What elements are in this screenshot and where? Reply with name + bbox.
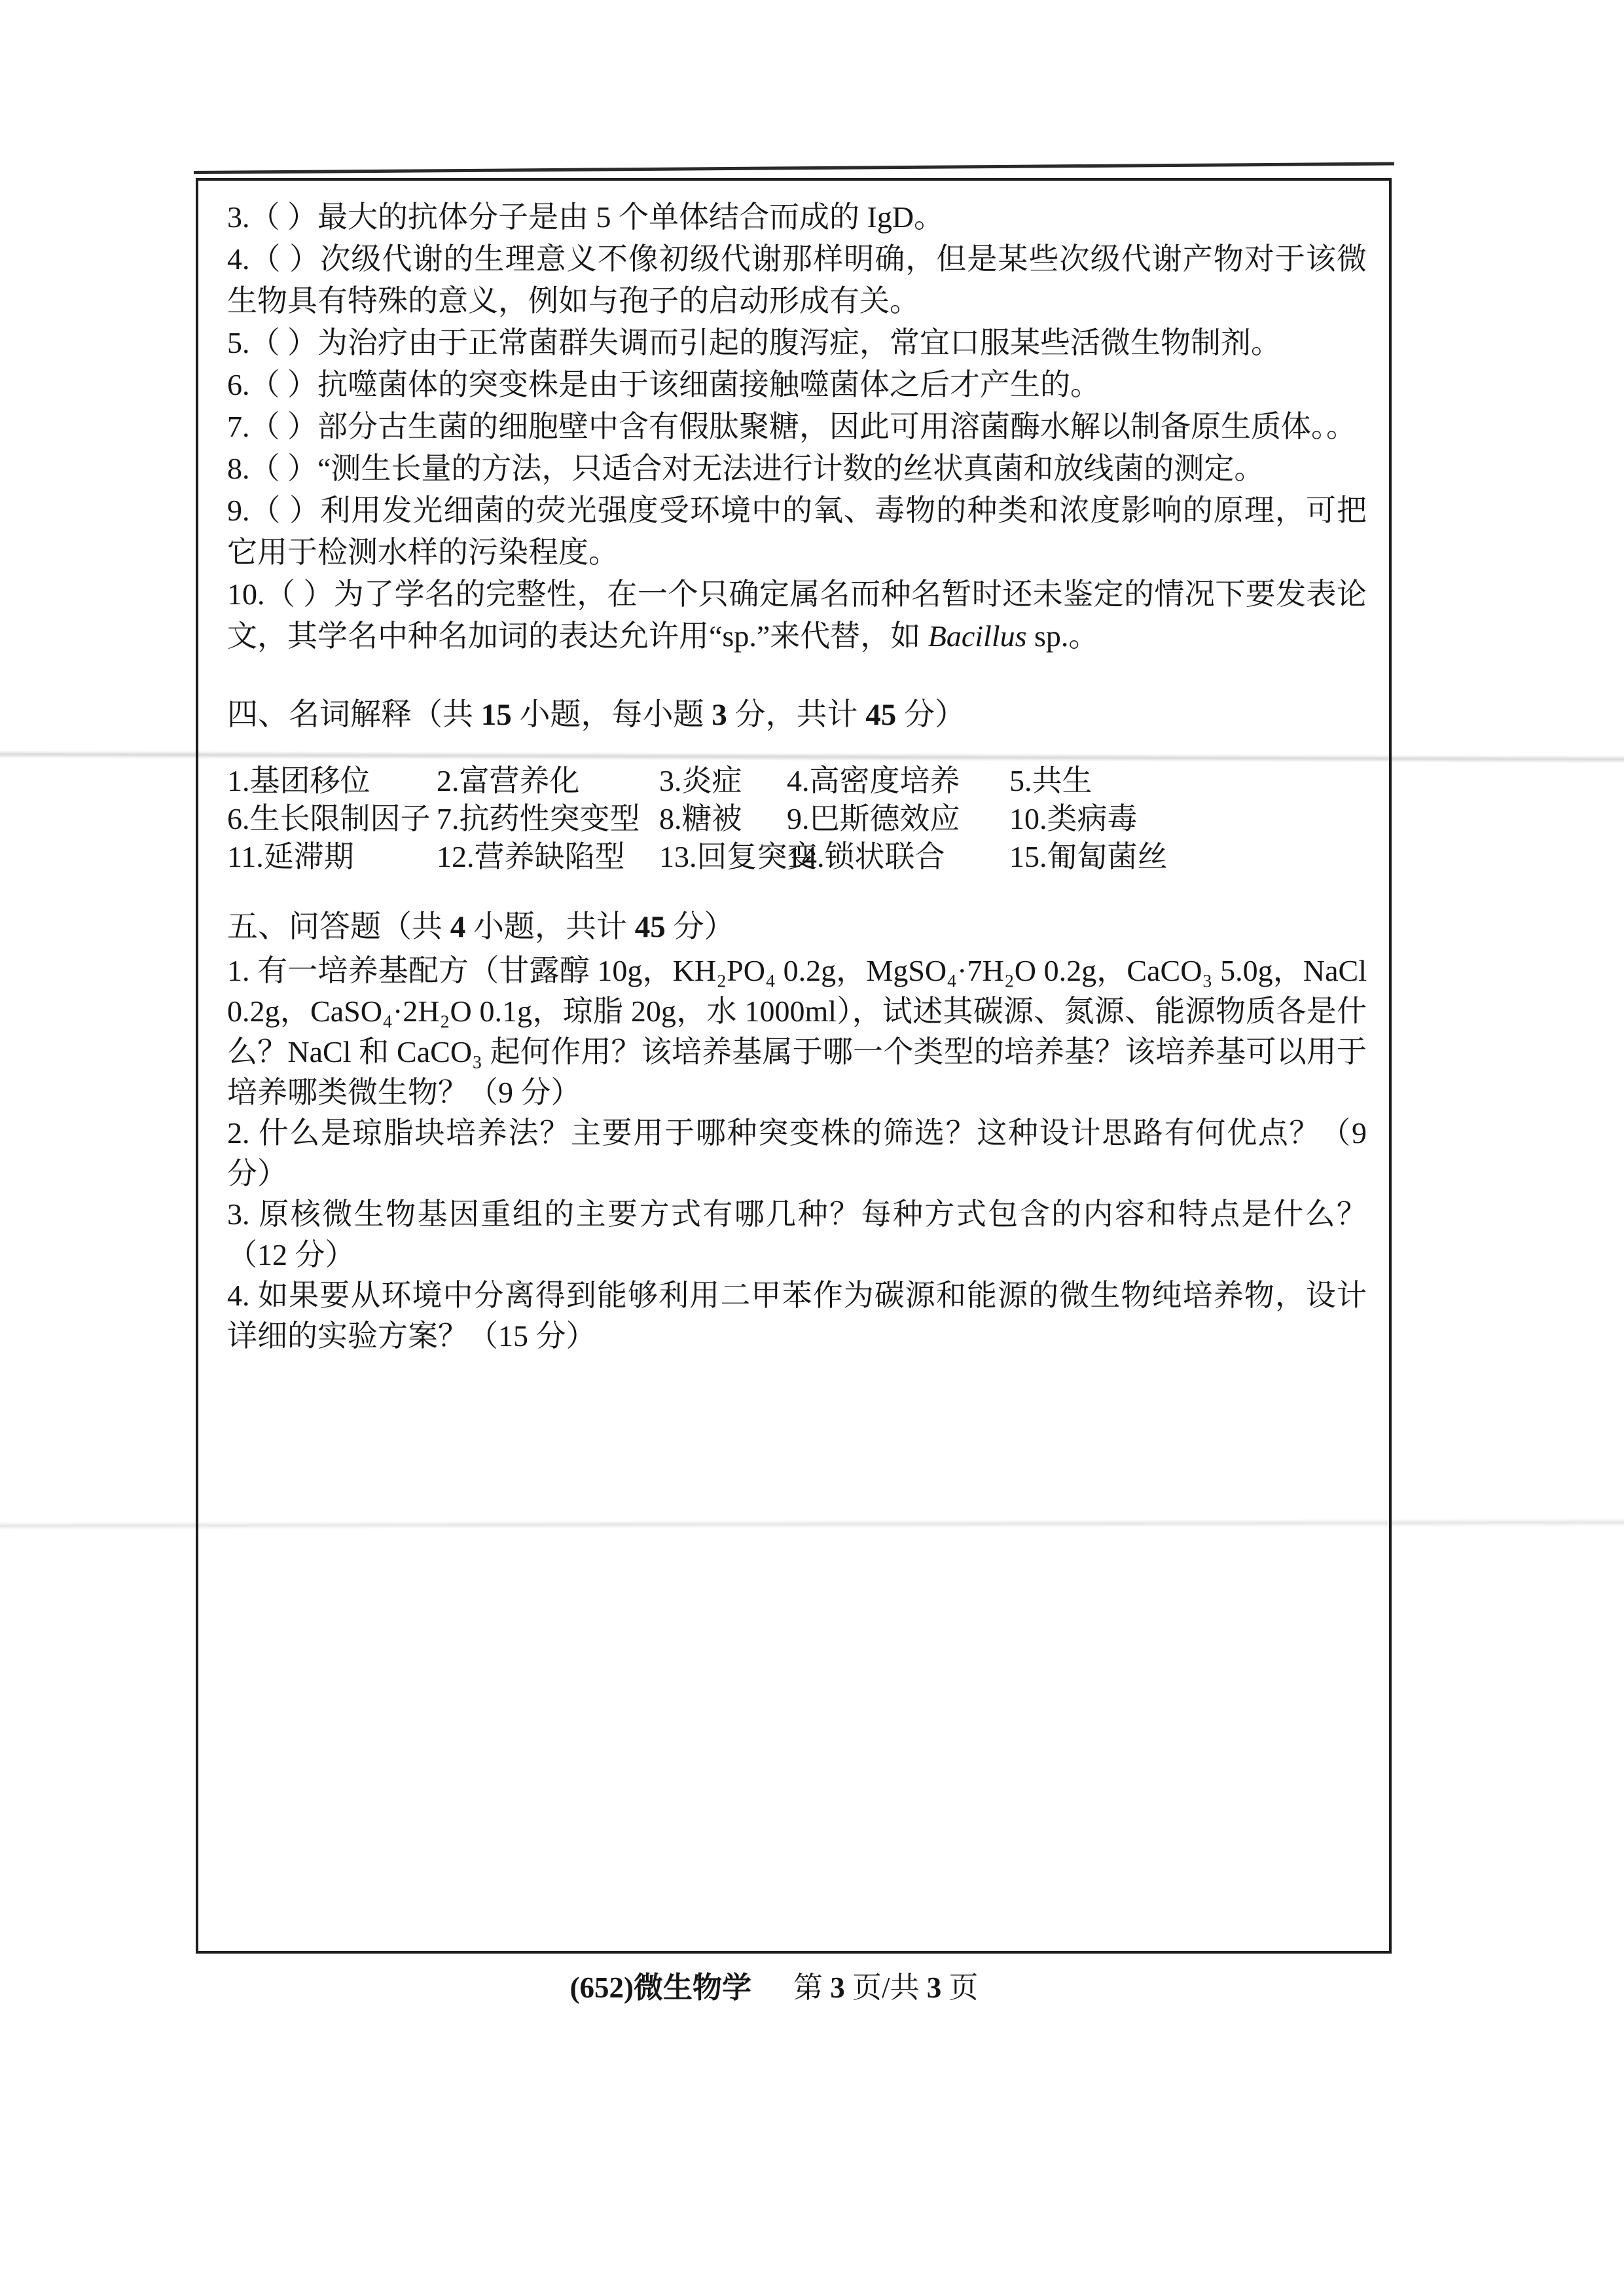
scan-artifact-line bbox=[194, 162, 1394, 174]
judgment-item-10-text: 10.（ ）为了学名的完整性，在一个只确定属名而种名暂时还未鉴定的情况下要发表论… bbox=[227, 577, 1367, 653]
judgment-item-10-tail: sp.。 bbox=[1027, 619, 1099, 653]
terms-grid: 1.基团移位 2.富营养化 3.炎症 4.高密度培养 5.共生 6.生长限制因子… bbox=[227, 762, 1367, 876]
judgment-item-5: 5.（ ）为治疗由于正常菌群失调而引起的腹泻症，常宜口服某些活微生物制剂。 bbox=[227, 322, 1367, 364]
term-cell-8: 8.糖被 bbox=[659, 800, 787, 838]
term-cell-6: 6.生长限制因子 bbox=[227, 800, 437, 838]
term-cell-12: 12.营养缺陷型 bbox=[437, 838, 659, 876]
page-number-label: 第 3 页/共 3 页 bbox=[793, 1971, 979, 2004]
term-cell-1: 1.基团移位 bbox=[227, 762, 437, 800]
term-cell-3: 3.炎症 bbox=[659, 762, 787, 800]
judgment-item-10: 10.（ ）为了学名的完整性，在一个只确定属名而种名暂时还未鉴定的情况下要发表论… bbox=[227, 574, 1367, 657]
essay-question-2: 2. 什么是琼脂块培养法？主要用于哪种突变株的筛选？这种设计思路有何优点？（9 … bbox=[227, 1113, 1367, 1194]
essay-question-1: 1. 有一培养基配方（甘露醇 10g，KH₂PO₄ 0.2g，MgSO₄·7H₂… bbox=[227, 951, 1367, 1113]
judgment-item-7: 7.（ ）部分古生菌的细胞壁中含有假肽聚糖，因此可用溶菌酶水解以制备原生质体。。 bbox=[227, 406, 1367, 448]
term-cell-15: 15.匍匐菌丝 bbox=[1009, 838, 1367, 876]
term-cell-11: 11.延滞期 bbox=[227, 838, 437, 876]
judgment-item-6: 6.（ ）抗噬菌体的突变株是由于该细菌接触噬菌体之后才产生的。 bbox=[227, 364, 1367, 406]
terms-section-heading: 四、名词解释（共 15 小题，每小题 3 分，共计 45 分） bbox=[227, 694, 1367, 736]
genus-name-italic: Bacillus bbox=[928, 619, 1027, 653]
judgment-item-3: 3.（ ）最大的抗体分子是由 5 个单体结合而成的 IgD。 bbox=[227, 196, 1367, 238]
course-code-label: (652)微生物学 bbox=[569, 1971, 751, 2004]
term-cell-2: 2.富营养化 bbox=[437, 762, 659, 800]
page-footer: (652)微生物学第 3 页/共 3 页 bbox=[0, 1971, 1586, 2005]
term-cell-10: 10.类病毒 bbox=[1009, 800, 1367, 838]
term-cell-9: 9.巴斯德效应 bbox=[787, 800, 1009, 838]
term-cell-7: 7.抗药性突变型 bbox=[437, 800, 659, 838]
term-cell-4: 4.高密度培养 bbox=[787, 762, 1009, 800]
term-cell-5: 5.共生 bbox=[1009, 762, 1367, 800]
judgment-item-9: 9.（ ）利用发光细菌的荧光强度受环境中的氧、毒物的种类和浓度影响的原理，可把它… bbox=[227, 490, 1367, 574]
essay-section-heading: 五、问答题（共 4 小题，共计 45 分） bbox=[227, 906, 1367, 948]
essay-questions: 1. 有一培养基配方（甘露醇 10g，KH₂PO₄ 0.2g，MgSO₄·7H₂… bbox=[227, 951, 1367, 1357]
term-cell-14: 14.锁状联合 bbox=[787, 838, 1009, 876]
term-cell-13: 13.回复突变 bbox=[659, 838, 787, 876]
judgment-item-4: 4.（ ）次级代谢的生理意义不像初级代谢那样明确，但是某些次级代谢产物对于该微生… bbox=[227, 238, 1367, 322]
essay-question-4: 4. 如果要从环境中分离得到能够利用二甲苯作为碳源和能源的微生物纯培养物，设计详… bbox=[227, 1275, 1367, 1357]
judgment-item-8: 8.（ ）“测生长量的方法，只适合对无法进行计数的丝状真菌和放线菌的测定。 bbox=[227, 448, 1367, 490]
essay-question-3: 3. 原核微生物基因重组的主要方式有哪几种？每种方式包含的内容和特点是什么？（1… bbox=[227, 1194, 1367, 1275]
exam-page-border: 3.（ ）最大的抗体分子是由 5 个单体结合而成的 IgD。 4.（ ）次级代谢… bbox=[196, 178, 1392, 1954]
judgment-section: 3.（ ）最大的抗体分子是由 5 个单体结合而成的 IgD。 4.（ ）次级代谢… bbox=[227, 196, 1367, 657]
